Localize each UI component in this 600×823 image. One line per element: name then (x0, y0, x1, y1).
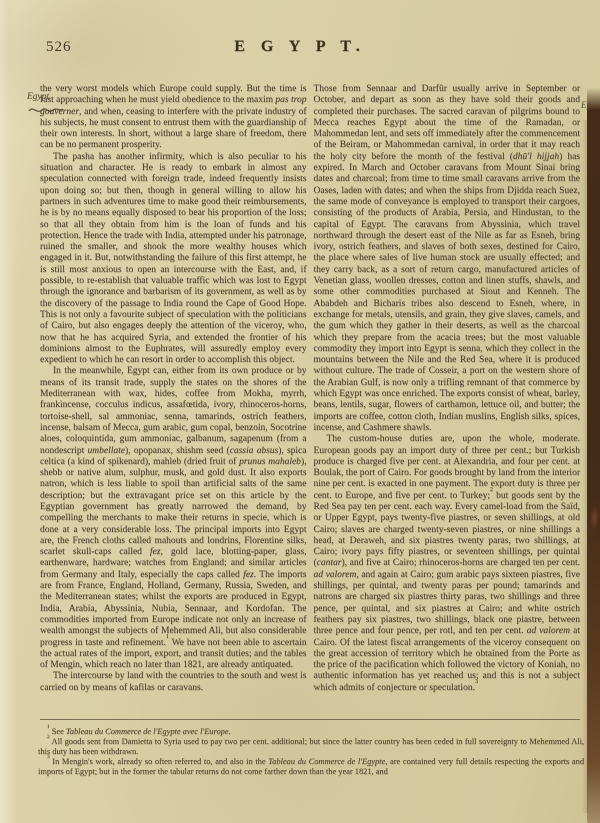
page-number: 526 (46, 39, 72, 56)
binding-stain (590, 505, 599, 531)
running-title: E G Y P T. (0, 38, 600, 56)
book-page: 526 E G Y P T. Egypt. Eg the very worst … (0, 0, 600, 823)
paragraph: the very worst models which Europe could… (40, 84, 307, 152)
paragraph: In the meanwhile, Egypt can, either from… (40, 366, 307, 671)
footnote-marker: 3 (47, 754, 50, 760)
footnote-marker: 1 (47, 724, 50, 730)
footnote: 2 All goods sent from Damietta to Syria … (38, 737, 584, 757)
footnote: 1 See Tableau du Commerce de l'Egypte av… (38, 727, 584, 737)
footnotes-block: 1 See Tableau du Commerce de l'Egypte av… (38, 727, 584, 777)
paragraph: The intercourse by land with the countri… (40, 671, 307, 694)
left-column: the very worst models which Europe could… (40, 84, 307, 694)
right-column: Those from Sennaar and Darfûr usually ar… (314, 84, 581, 694)
footnote: 3 In Mengin's work, already so often ref… (38, 757, 584, 777)
text-columns: the very worst models which Europe could… (40, 84, 580, 694)
footnote-marker: 2 (47, 734, 50, 740)
paragraph: The pasha has another infirmity, which i… (40, 152, 307, 367)
page-edge-highlight (0, 0, 17, 823)
margin-note-right-fragment: Eg (581, 100, 591, 110)
book-binding-edge (587, 88, 600, 823)
page-header: 526 E G Y P T. (0, 38, 600, 60)
paragraph: Those from Sennaar and Darfûr usually ar… (314, 84, 581, 434)
paragraph: The custom-house duties are, upon the wh… (314, 434, 581, 694)
footnote-separator-rule (40, 719, 580, 720)
